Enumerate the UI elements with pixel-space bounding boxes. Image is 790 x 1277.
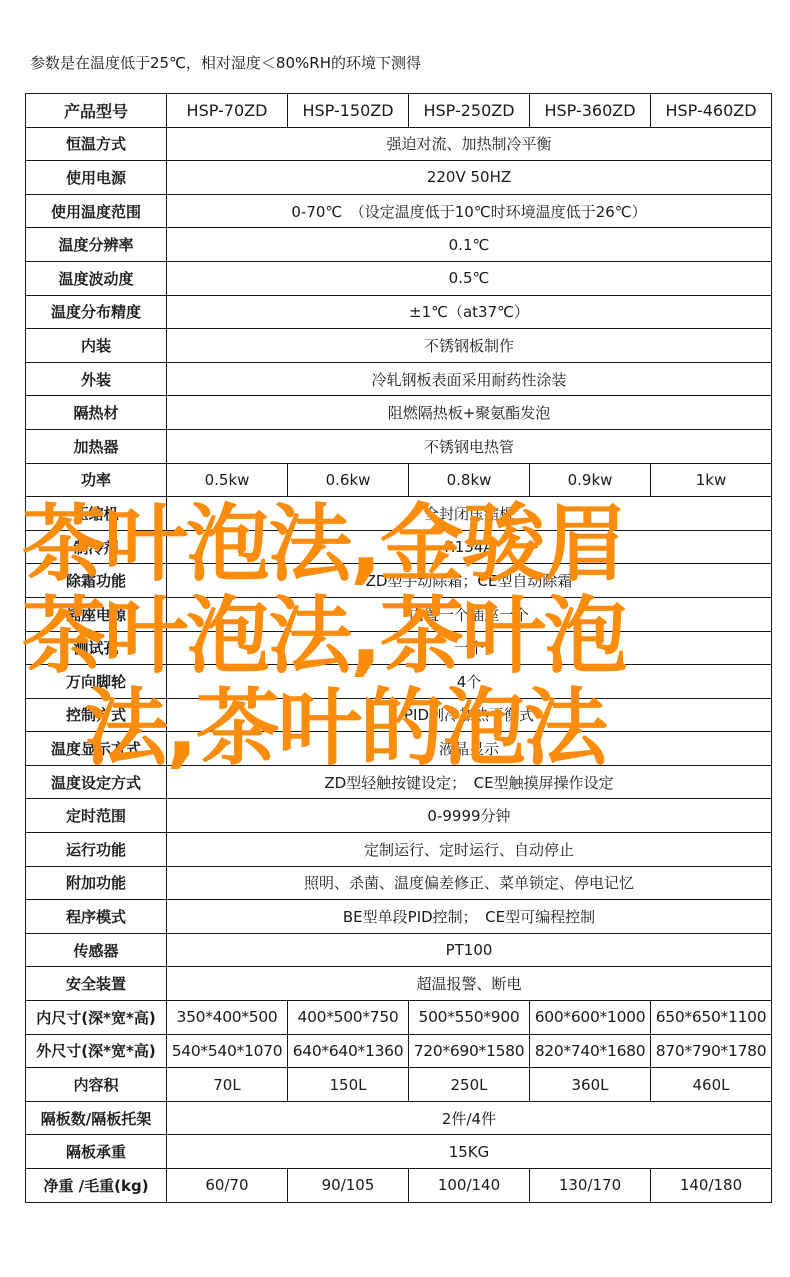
table-row: 使用电源220V 50HZ bbox=[26, 161, 772, 195]
row-value-cell: 0.5kw bbox=[167, 463, 288, 497]
model-header: HSP-70ZD bbox=[167, 94, 288, 128]
table-row: 外装冷轧钢板表面采用耐药性涂装 bbox=[26, 362, 772, 396]
row-value-cell: 250L bbox=[409, 1068, 530, 1102]
table-row: 温度显示方式液晶显示 bbox=[26, 732, 772, 766]
row-value-cell: 500*550*900 bbox=[409, 1001, 530, 1035]
row-value: PT100 bbox=[167, 933, 772, 967]
row-value-cell: 460L bbox=[651, 1068, 772, 1102]
row-value: 内置一个插座一个 bbox=[167, 597, 772, 631]
table-row: 使用温度范围0-70℃ （设定温度低于10℃时环境温度低于26℃） bbox=[26, 194, 772, 228]
table-row: 内尺寸(深*宽*高)350*400*500400*500*750500*550*… bbox=[26, 1001, 772, 1035]
row-value-cell: 720*690*1580 bbox=[409, 1034, 530, 1068]
row-label: 插座电源 bbox=[26, 597, 167, 631]
row-label: 附加功能 bbox=[26, 866, 167, 900]
row-value-cell: 0.9kw bbox=[530, 463, 651, 497]
row-label: 隔板承重 bbox=[26, 1135, 167, 1169]
table-row: 程序模式BE型单段PID控制； CE型可编程控制 bbox=[26, 900, 772, 934]
row-label: 净重 /毛重(kg) bbox=[26, 1169, 167, 1203]
row-value-cell: 0.6kw bbox=[288, 463, 409, 497]
table-row: 压缩机全封闭压缩机 bbox=[26, 497, 772, 531]
row-value-cell: 0.8kw bbox=[409, 463, 530, 497]
table-row: 温度分辨率0.1℃ bbox=[26, 228, 772, 262]
row-value-cell: 150L bbox=[288, 1068, 409, 1102]
row-label: 控制方式 bbox=[26, 698, 167, 732]
table-row: 控制方式PID制冷加热平衡式 bbox=[26, 698, 772, 732]
row-label: 压缩机 bbox=[26, 497, 167, 531]
row-value: 不锈钢板制作 bbox=[167, 329, 772, 363]
spec-table: 产品型号 HSP-70ZD HSP-150ZD HSP-250ZD HSP-36… bbox=[25, 93, 772, 1203]
row-label: 外装 bbox=[26, 362, 167, 396]
row-label: 程序模式 bbox=[26, 900, 167, 934]
table-row: 传感器PT100 bbox=[26, 933, 772, 967]
row-label: 隔热材 bbox=[26, 396, 167, 430]
row-value-cell: 70L bbox=[167, 1068, 288, 1102]
row-label: 恒温方式 bbox=[26, 127, 167, 161]
row-value-cell: 360L bbox=[530, 1068, 651, 1102]
row-value: R134A bbox=[167, 530, 772, 564]
row-value-cell: 650*650*1100 bbox=[651, 1001, 772, 1035]
row-label: 温度分辨率 bbox=[26, 228, 167, 262]
row-value-cell: 140/180 bbox=[651, 1169, 772, 1203]
table-row: 温度分布精度±1℃（at37℃） bbox=[26, 295, 772, 329]
row-value-cell: 600*600*1000 bbox=[530, 1001, 651, 1035]
model-header: HSP-360ZD bbox=[530, 94, 651, 128]
row-label: 加热器 bbox=[26, 429, 167, 463]
row-value-cell: 90/105 bbox=[288, 1169, 409, 1203]
row-value: 2件/4件 bbox=[167, 1101, 772, 1135]
row-value: 冷轧钢板表面采用耐药性涂装 bbox=[167, 362, 772, 396]
row-value: 全封闭压缩机 bbox=[167, 497, 772, 531]
row-label: 隔板数/隔板托架 bbox=[26, 1101, 167, 1135]
model-header: HSP-460ZD bbox=[651, 94, 772, 128]
table-row: 外尺寸(深*宽*高)540*540*1070640*640*1360720*69… bbox=[26, 1034, 772, 1068]
header-label: 产品型号 bbox=[26, 94, 167, 128]
table-row: 制冷剂R134A bbox=[26, 530, 772, 564]
table-row: 净重 /毛重(kg)60/7090/105100/140130/170140/1… bbox=[26, 1169, 772, 1203]
row-value: 液晶显示 bbox=[167, 732, 772, 766]
row-value-cell: 60/70 bbox=[167, 1169, 288, 1203]
row-label: 温度显示方式 bbox=[26, 732, 167, 766]
table-row: 内容积70L150L250L360L460L bbox=[26, 1068, 772, 1102]
row-value: ±1℃（at37℃） bbox=[167, 295, 772, 329]
row-label: 内容积 bbox=[26, 1068, 167, 1102]
row-value: 4个 bbox=[167, 665, 772, 699]
table-row: 安全装置超温报警、断电 bbox=[26, 967, 772, 1001]
row-value-cell: 540*540*1070 bbox=[167, 1034, 288, 1068]
table-header-row: 产品型号 HSP-70ZD HSP-150ZD HSP-250ZD HSP-36… bbox=[26, 94, 772, 128]
table-row: 万向脚轮4个 bbox=[26, 665, 772, 699]
row-label: 安全装置 bbox=[26, 967, 167, 1001]
table-row: 内装不锈钢板制作 bbox=[26, 329, 772, 363]
table-row: 温度波动度0.5℃ bbox=[26, 261, 772, 295]
row-value-cell: 820*740*1680 bbox=[530, 1034, 651, 1068]
model-header: HSP-150ZD bbox=[288, 94, 409, 128]
table-row: 隔板数/隔板托架2件/4件 bbox=[26, 1101, 772, 1135]
row-label: 温度设定方式 bbox=[26, 765, 167, 799]
row-value-cell: 100/140 bbox=[409, 1169, 530, 1203]
row-label: 功率 bbox=[26, 463, 167, 497]
row-value: 一个 bbox=[167, 631, 772, 665]
row-value: BE型单段PID控制； CE型可编程控制 bbox=[167, 900, 772, 934]
row-label: 万向脚轮 bbox=[26, 665, 167, 699]
measurement-conditions-note: 参数是在温度低于25℃，相对湿度＜80%RH的环境下测得 bbox=[30, 52, 421, 73]
row-value: 0.5℃ bbox=[167, 261, 772, 295]
table-row: 插座电源内置一个插座一个 bbox=[26, 597, 772, 631]
row-label: 使用温度范围 bbox=[26, 194, 167, 228]
row-value: 0.1℃ bbox=[167, 228, 772, 262]
table-row: 温度设定方式ZD型轻触按键设定； CE型触摸屏操作设定 bbox=[26, 765, 772, 799]
row-label: 传感器 bbox=[26, 933, 167, 967]
table-row: 测试孔一个 bbox=[26, 631, 772, 665]
row-label: 除霜功能 bbox=[26, 564, 167, 598]
row-value-cell: 870*790*1780 bbox=[651, 1034, 772, 1068]
row-value: 强迫对流、加热制冷平衡 bbox=[167, 127, 772, 161]
row-label: 外尺寸(深*宽*高) bbox=[26, 1034, 167, 1068]
row-label: 使用电源 bbox=[26, 161, 167, 195]
row-value: 照明、杀菌、温度偏差修正、菜单锁定、停电记忆 bbox=[167, 866, 772, 900]
table-row: 隔板承重15KG bbox=[26, 1135, 772, 1169]
table-row: 加热器不锈钢电热管 bbox=[26, 429, 772, 463]
row-value: ZD型手动除霜；CE型自动除霜 bbox=[167, 564, 772, 598]
row-value-cell: 130/170 bbox=[530, 1169, 651, 1203]
row-label: 内装 bbox=[26, 329, 167, 363]
row-value: 超温报警、断电 bbox=[167, 967, 772, 1001]
table-row: 附加功能照明、杀菌、温度偏差修正、菜单锁定、停电记忆 bbox=[26, 866, 772, 900]
row-value-cell: 1kw bbox=[651, 463, 772, 497]
row-value: PID制冷加热平衡式 bbox=[167, 698, 772, 732]
row-value: 15KG bbox=[167, 1135, 772, 1169]
row-label: 测试孔 bbox=[26, 631, 167, 665]
row-value: ZD型轻触按键设定； CE型触摸屏操作设定 bbox=[167, 765, 772, 799]
row-value: 220V 50HZ bbox=[167, 161, 772, 195]
row-label: 温度波动度 bbox=[26, 261, 167, 295]
row-value-cell: 350*400*500 bbox=[167, 1001, 288, 1035]
row-label: 内尺寸(深*宽*高) bbox=[26, 1001, 167, 1035]
row-label: 运行功能 bbox=[26, 833, 167, 867]
row-value-cell: 400*500*750 bbox=[288, 1001, 409, 1035]
row-value: 0-70℃ （设定温度低于10℃时环境温度低于26℃） bbox=[167, 194, 772, 228]
table-row: 恒温方式强迫对流、加热制冷平衡 bbox=[26, 127, 772, 161]
row-value: 0-9999分钟 bbox=[167, 799, 772, 833]
model-header: HSP-250ZD bbox=[409, 94, 530, 128]
table-row: 除霜功能ZD型手动除霜；CE型自动除霜 bbox=[26, 564, 772, 598]
table-row: 功率0.5kw0.6kw0.8kw0.9kw1kw bbox=[26, 463, 772, 497]
table-row: 隔热材阻燃隔热板+聚氨酯发泡 bbox=[26, 396, 772, 430]
table-row: 定时范围0-9999分钟 bbox=[26, 799, 772, 833]
row-value: 阻燃隔热板+聚氨酯发泡 bbox=[167, 396, 772, 430]
row-value: 定制运行、定时运行、自动停止 bbox=[167, 833, 772, 867]
row-label: 定时范围 bbox=[26, 799, 167, 833]
row-label: 温度分布精度 bbox=[26, 295, 167, 329]
table-row: 运行功能定制运行、定时运行、自动停止 bbox=[26, 833, 772, 867]
row-value-cell: 640*640*1360 bbox=[288, 1034, 409, 1068]
row-label: 制冷剂 bbox=[26, 530, 167, 564]
row-value: 不锈钢电热管 bbox=[167, 429, 772, 463]
